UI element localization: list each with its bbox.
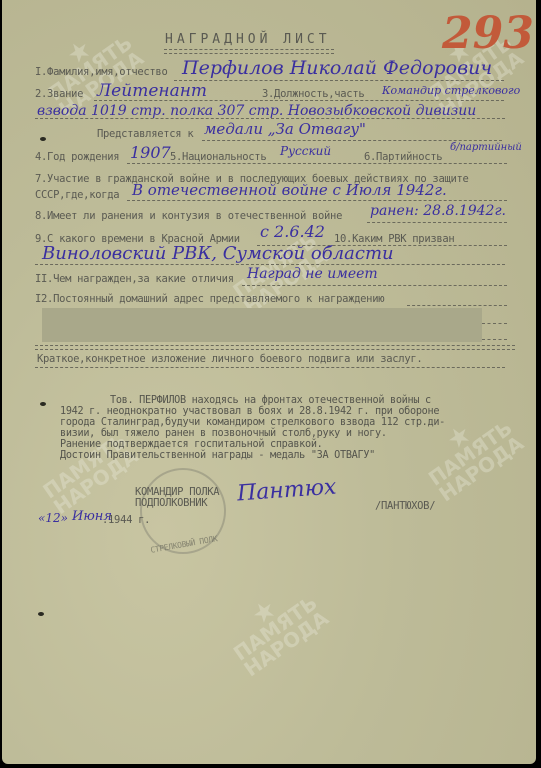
field-army-since-value: с 2.6.42 [260,222,325,241]
field-line [242,285,507,286]
award-label: Представляется к [97,128,193,140]
field-position-value: Командир стрелкового [382,84,520,97]
award-sheet-page: ★ПАМЯТЬНАРОДА ★ПАМЯТЬНАРОДА ПАМЯТЬНАРОДА… [2,0,536,764]
narrative-line: визии, был тяжело ранен в позвоночный ст… [60,428,387,439]
summary-heading: Краткое,конкретное изложение личного бое… [37,353,422,365]
field-address-label: I2.Постоянный домашний адрес представляе… [35,293,384,305]
document-title: НАГРАДНОЙ ЛИСТ [165,32,331,47]
field-birth-year-label: 4.Год рождения [35,151,119,163]
field-rank-value: Лейтенант [97,81,207,101]
field-participation-label-2: СССР,где,когда [35,189,119,201]
field-party-label: 6.Партийность [364,151,442,163]
field-birth-year-value: 1907 [130,143,171,162]
field-nationality-value: Русский [280,144,331,158]
field-line [202,140,502,141]
field-wounds-label: 8.Имеет ли ранения и контузия в отечеств… [35,210,342,222]
date-day: «12» [38,511,68,525]
field-line [174,80,504,81]
field-name-label: I.Фамилия,имя,отчество [35,66,167,78]
narrative-line: города Сталинград,будучи командиром стре… [60,417,445,428]
watermark: ★ПАМЯТЬНАРОДА [219,577,331,679]
field-wounds-value: ранен: 28.8.1942г. [370,203,506,219]
field-conscription-value: Виноловский РВК, Сумской области [42,243,394,264]
field-line [127,163,507,164]
field-awards-value: Наград не имеет [247,266,378,282]
field-line [35,118,505,119]
date-year: .1944 г. [102,514,150,526]
field-awards-label: II.Чем награжден,за какие отличия [35,273,234,285]
section-divider [35,345,515,350]
narrative-line: Достоин Правительственной награды - меда… [60,450,375,461]
field-line [367,222,507,223]
field-line [482,323,507,324]
field-rank-label: 2.Звание [35,88,83,100]
field-line [35,367,505,368]
field-name-value: Перфилов Николай Федорович [182,57,492,79]
narrative-line: 1942 г. неоднократно участвовал в боях и… [60,406,439,417]
field-party-value: б/партийный [450,142,522,153]
award-value: медали „За Отвагу" [204,120,366,138]
narrative-line: Ранение подтверждается госпитальной спра… [60,439,323,450]
field-nationality-label: 5.Национальность [170,151,266,163]
title-underline [164,49,334,54]
narrative-line: Тов. ПЕРФИЛОВ находясь на фронтах отечес… [110,395,431,406]
field-position-label: 3.Должность,часть [262,88,364,100]
archive-number: 293 [442,8,534,59]
field-position-value-2: взвода 1019 стр. полка 307 стр. Новозыбк… [37,103,476,119]
punch-hole [40,402,46,406]
field-line [482,339,507,340]
signer-rank: ПОДПОЛКОВНИК [135,497,207,509]
field-line [407,305,507,306]
redacted-address [42,308,482,342]
punch-hole [38,612,44,616]
field-line [94,100,504,101]
field-line [35,264,505,265]
field-participation-value: В отечественной войне с Июля 1942г. [132,181,447,199]
punch-hole [40,137,46,141]
field-line [127,200,507,201]
signer-name: /ПАНТЮХОВ/ [375,500,435,512]
signature: Пантюх [236,475,337,507]
